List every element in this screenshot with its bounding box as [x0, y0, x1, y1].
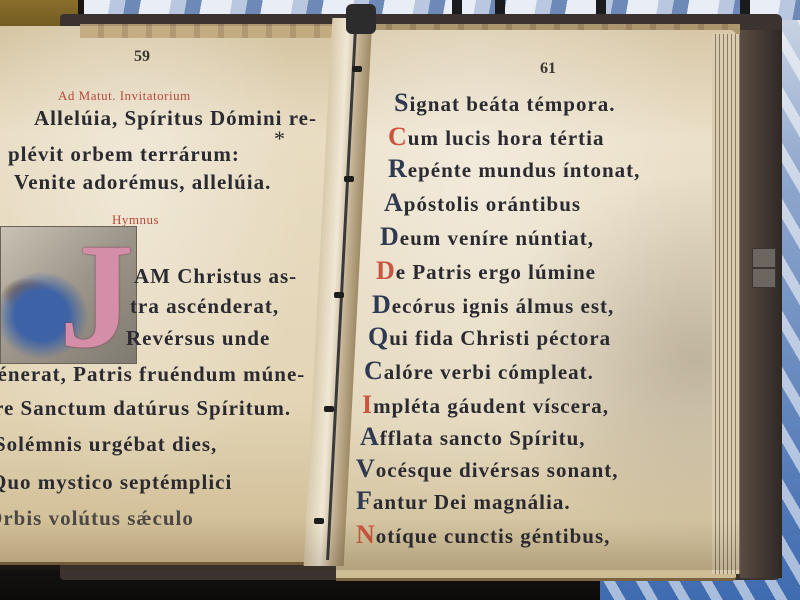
hymn-verse-line: Signat beáta témpora.: [394, 88, 616, 118]
verse-text: eum veníre núntiat,: [400, 226, 594, 250]
invitatory-line-3: Venite adorémus, allelúia.: [14, 170, 271, 195]
illuminated-initial-miniature: J: [0, 226, 137, 364]
verse-text: e Patris ergo lúmine: [396, 260, 596, 284]
hymn-line-2: tra ascénderat,: [130, 294, 279, 319]
hymn-verse-line: Impléta gáudent víscera,: [362, 390, 609, 420]
verse-text: um lucis hora tértia: [408, 126, 605, 150]
hymn-verse-line: Cum lucis hora tértia: [388, 122, 605, 152]
verse-initial: F: [356, 486, 373, 515]
verse-initial: I: [362, 390, 373, 419]
verse-initial: R: [388, 154, 408, 183]
verse-initial: D: [372, 290, 392, 319]
illuminated-letter-j: J: [59, 221, 134, 371]
hymn-line-1: AM Christus as-: [134, 264, 297, 289]
hymn-verse-line: Decórus ignis álmus est,: [372, 290, 614, 320]
verse-text: ui fida Christi péctora: [389, 326, 611, 350]
verse-text: alóre verbi cómpleat.: [384, 360, 594, 384]
verse-initial: A: [360, 422, 380, 451]
asterisk-mark: *: [274, 126, 285, 152]
verse-text: epénte mundus íntonat,: [408, 158, 641, 182]
verse-initial: A: [384, 188, 404, 217]
book-cover-right-edge: [740, 30, 782, 578]
page-tab: [752, 248, 776, 268]
verse-initial: V: [356, 454, 376, 483]
page-number-right: 61: [540, 60, 556, 78]
hymn-verse-line: Fantur Dei magnália.: [356, 486, 571, 516]
binding-stitch: [324, 406, 334, 412]
hymn-line-4: vénerat, Patris fruéndum múne-: [0, 362, 305, 387]
verse-text: póstolis orántibus: [404, 192, 581, 216]
verse-text: mpléta gáudent víscera,: [373, 394, 609, 418]
verse-text: ignat beáta témpora.: [409, 92, 615, 116]
verse-text: océsque divérsas sonant,: [376, 458, 619, 482]
left-page: 59 Ad Matut. Invitatorium Allelúia, Spír…: [0, 26, 336, 565]
rubric-invitatorium: Ad Matut. Invitatorium: [58, 88, 191, 104]
verse-initial: D: [380, 222, 400, 251]
page-fore-edges: [712, 34, 740, 574]
hymn-verse-line: Afflata sancto Spíritu,: [360, 422, 586, 452]
page-number-left: 59: [134, 48, 150, 66]
hymn-line-3: Revérsus unde: [126, 326, 270, 351]
hymn-verse-line: Repénte mundus íntonat,: [388, 154, 640, 184]
hymn-line-5: re Sanctum datúrus Spíritum.: [0, 396, 291, 421]
invitatory-line-2: plévit orbem terrárum:: [8, 142, 240, 167]
page-bottom-shading: [0, 520, 740, 570]
hymn-verse-line: Vocésque divérsas sonant,: [356, 454, 619, 484]
page-tab: [752, 268, 776, 288]
verse-initial: C: [388, 122, 408, 151]
verse-text: antur Dei magnália.: [373, 490, 571, 514]
verse-initial: D: [376, 256, 396, 285]
verse-text: fflata sancto Spíritu,: [380, 426, 586, 450]
binding-stitch: [334, 292, 344, 298]
binding-clasp: [346, 4, 376, 34]
hymn-verse-line: De Patris ergo lúmine: [376, 256, 596, 286]
verse-text: ecórus ignis álmus est,: [392, 294, 615, 318]
verse-initial: S: [394, 88, 409, 117]
binding-stitch: [344, 176, 354, 182]
hymn-verse-line: Calóre verbi cómpleat.: [364, 356, 594, 386]
hymn-verse-line: Deum veníre núntiat,: [380, 222, 594, 252]
hymn-verse-line: Qui fida Christi péctora: [368, 322, 611, 352]
hymn-line-7: Quo mystico septémplici: [0, 470, 232, 495]
right-page: 61 Signat beáta témpora.Cum lucis hora t…: [336, 30, 736, 581]
verse-initial: C: [364, 356, 384, 385]
binding-stitch: [352, 66, 362, 72]
hymn-line-6: Solémnis urgébat dies,: [0, 432, 217, 457]
hymn-verse-line: Apóstolis orántibus: [384, 188, 581, 218]
verse-initial: Q: [368, 322, 389, 351]
